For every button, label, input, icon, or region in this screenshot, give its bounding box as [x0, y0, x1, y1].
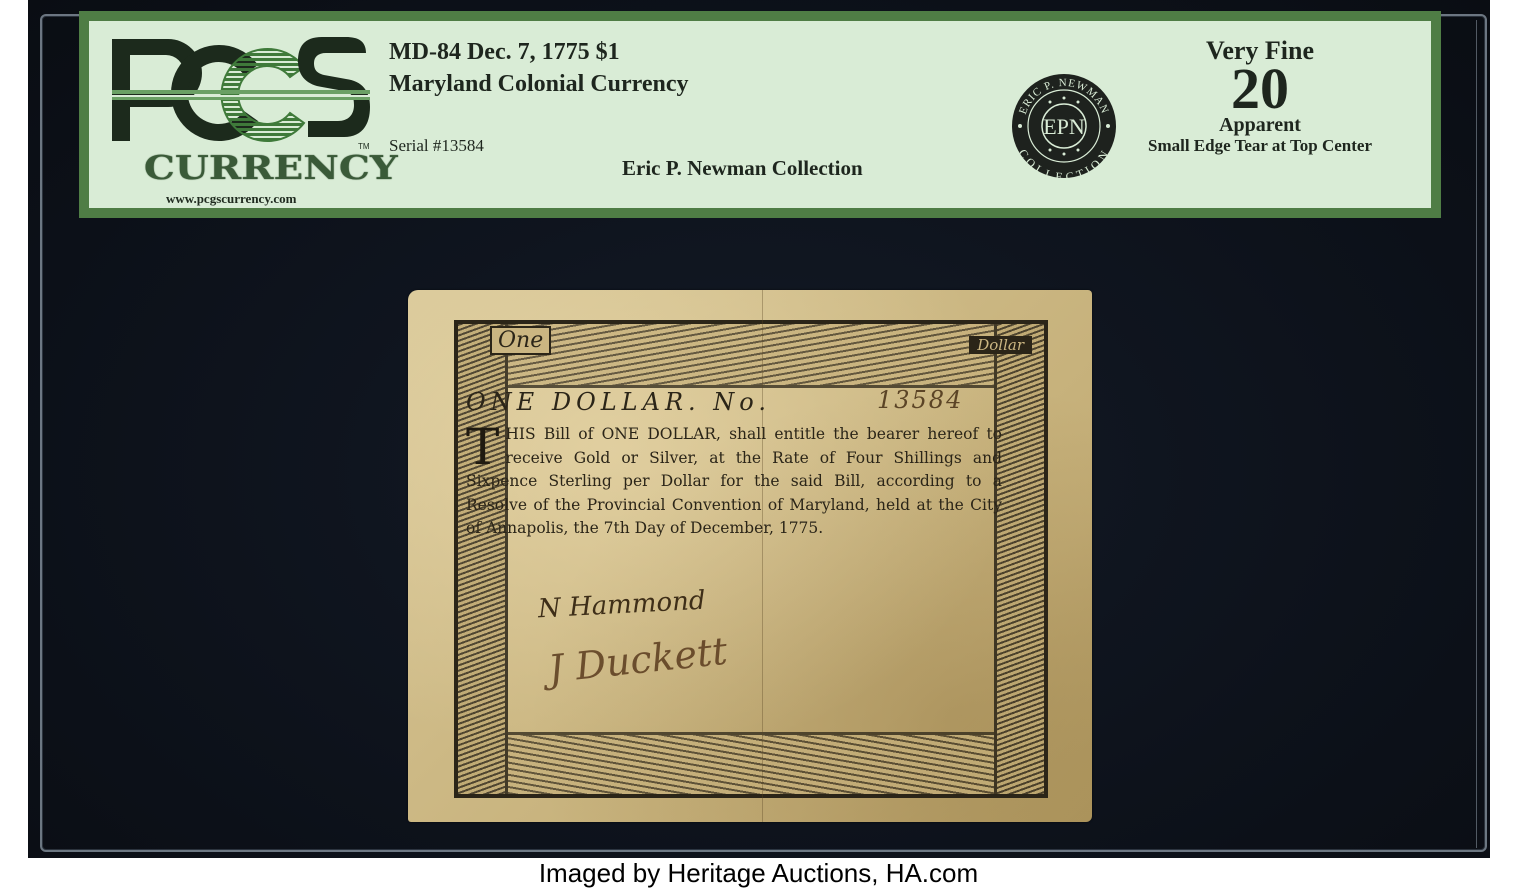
note-script-one: One: [490, 326, 551, 355]
note-catalog-title: MD-84 Dec. 7, 1775 $1: [389, 39, 620, 66]
note-body-text: T HIS Bill of ONE DOLLAR, shall entitle …: [466, 423, 1002, 541]
pcgs-monogram-icon: TM: [108, 33, 370, 153]
svg-text:EPN: EPN: [1043, 114, 1085, 139]
grade-number: 20: [1110, 64, 1410, 114]
note-right-ornament: [994, 324, 1044, 794]
note-bottom-ornament: [508, 732, 994, 794]
grade-block: Very Fine 20 Apparent Small Edge Tear at…: [1110, 36, 1410, 155]
image-credit-caption: Imaged by Heritage Auctions, HA.com: [0, 858, 1517, 888]
colonial-banknote: One Dollar ONE DOLLAR. No. 13584 T HIS B…: [408, 290, 1092, 822]
note-serial-prefix: No.: [713, 388, 771, 416]
note-body-paragraph: HIS Bill of ONE DOLLAR, shall entitle th…: [466, 423, 1002, 541]
grading-label: TM CURRENCY www.pcgscurrency.com MD-84 D…: [79, 11, 1441, 218]
collection-name: Eric P. Newman Collection: [622, 156, 863, 181]
epn-seal-icon: EPN ERIC P. NEWMAN COLLECTION: [1010, 72, 1118, 180]
serial-number: Serial #13584: [389, 136, 484, 156]
note-handwritten-serial: 13584: [877, 386, 963, 414]
pcgs-logo: TM CURRENCY www.pcgscurrency.com: [108, 33, 370, 203]
slab-edge: [1476, 20, 1477, 848]
pcgs-url: www.pcgscurrency.com: [166, 191, 296, 207]
currency-wordmark: CURRENCY: [115, 151, 427, 184]
note-heading-text: ONE DOLLAR.: [466, 388, 701, 416]
note-dropcap: T: [466, 425, 499, 469]
note-script-dollar: Dollar: [969, 336, 1032, 354]
grade-qualifier: Apparent: [1110, 114, 1410, 136]
note-heading: ONE DOLLAR. No.: [466, 388, 771, 416]
grade-comment: Small Edge Tear at Top Center: [1110, 136, 1410, 155]
note-top-ornament: [508, 324, 994, 388]
note-fold-line: [762, 290, 763, 822]
note-series-title: Maryland Colonial Currency: [389, 71, 689, 98]
label-panel: TM CURRENCY www.pcgscurrency.com MD-84 D…: [89, 21, 1431, 208]
